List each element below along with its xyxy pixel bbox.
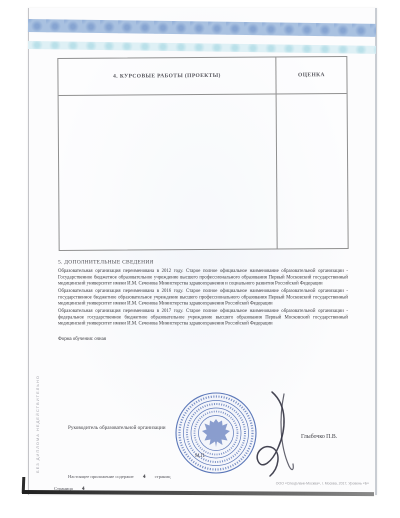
courseworks-header-cell: 4. КУРСОВЫЕ РАБОТЫ (ПРОЕКТЫ) [58, 57, 276, 95]
printer-imprint: ООО «СпецБланк-Москва», г. Москва, 2017,… [276, 482, 369, 486]
grade-header-label: ОЦЕНКА [298, 72, 325, 78]
courseworks-header-label: 4. КУРСОВЫЕ РАБОТЫ (ПРОЕКТЫ) [113, 73, 221, 80]
pages-contained-line: Настоящее приложение содержит4страниц [68, 474, 170, 480]
grade-empty-cell [277, 94, 348, 248]
rename-paragraph-2012: Образовательная организация переименован… [58, 268, 348, 287]
courseworks-empty-cell [59, 94, 278, 250]
rename-paragraph-2017: Образовательная организация переименован… [58, 308, 348, 327]
courseworks-table: 4. КУРСОВЫЕ РАБОТЫ (ПРОЕКТЫ) ОЦЕНКА [57, 56, 348, 251]
handwritten-signature [234, 386, 306, 484]
guilloche-band-light [28, 41, 376, 54]
seal-place-mark: М.П. [195, 454, 206, 459]
rename-paragraph-2016: Образовательная организация переименован… [58, 288, 348, 307]
additional-info-section: 5. ДОПОЛНИТЕЛЬНЫЕ СВЕДЕНИЯ Образовательн… [58, 259, 348, 371]
additional-info-title: 5. ДОПОЛНИТЕЛЬНЫЕ СВЕДЕНИЯ [58, 259, 348, 265]
pages-word: страниц [155, 474, 171, 479]
courseworks-table-header: 4. КУРСОВЫЕ РАБОТЫ (ПРОЕКТЫ) ОЦЕНКА [58, 57, 346, 96]
scanned-diploma-supplement-page: 4. КУРСОВЫЕ РАБОТЫ (ПРОЕКТЫ) ОЦЕНКА 5. Д… [28, 8, 377, 495]
rector-name: Глыбочко П.В. [301, 434, 337, 440]
grade-header-cell: ОЦЕНКА [276, 57, 346, 93]
pages-contained-label: Настоящее приложение содержит [68, 474, 134, 479]
margin-validity-note: БЕЗ ДИПЛОМА НЕДЕЙСТВИТЕЛЬНО [35, 383, 40, 473]
pages-count-value: 4 [143, 474, 146, 480]
head-of-organization-label: Руководитель образовательной организации [68, 424, 168, 432]
guilloche-band-dark [28, 19, 376, 37]
study-form-line: Форма обучения: очная [58, 336, 348, 342]
courseworks-table-body [59, 94, 348, 250]
